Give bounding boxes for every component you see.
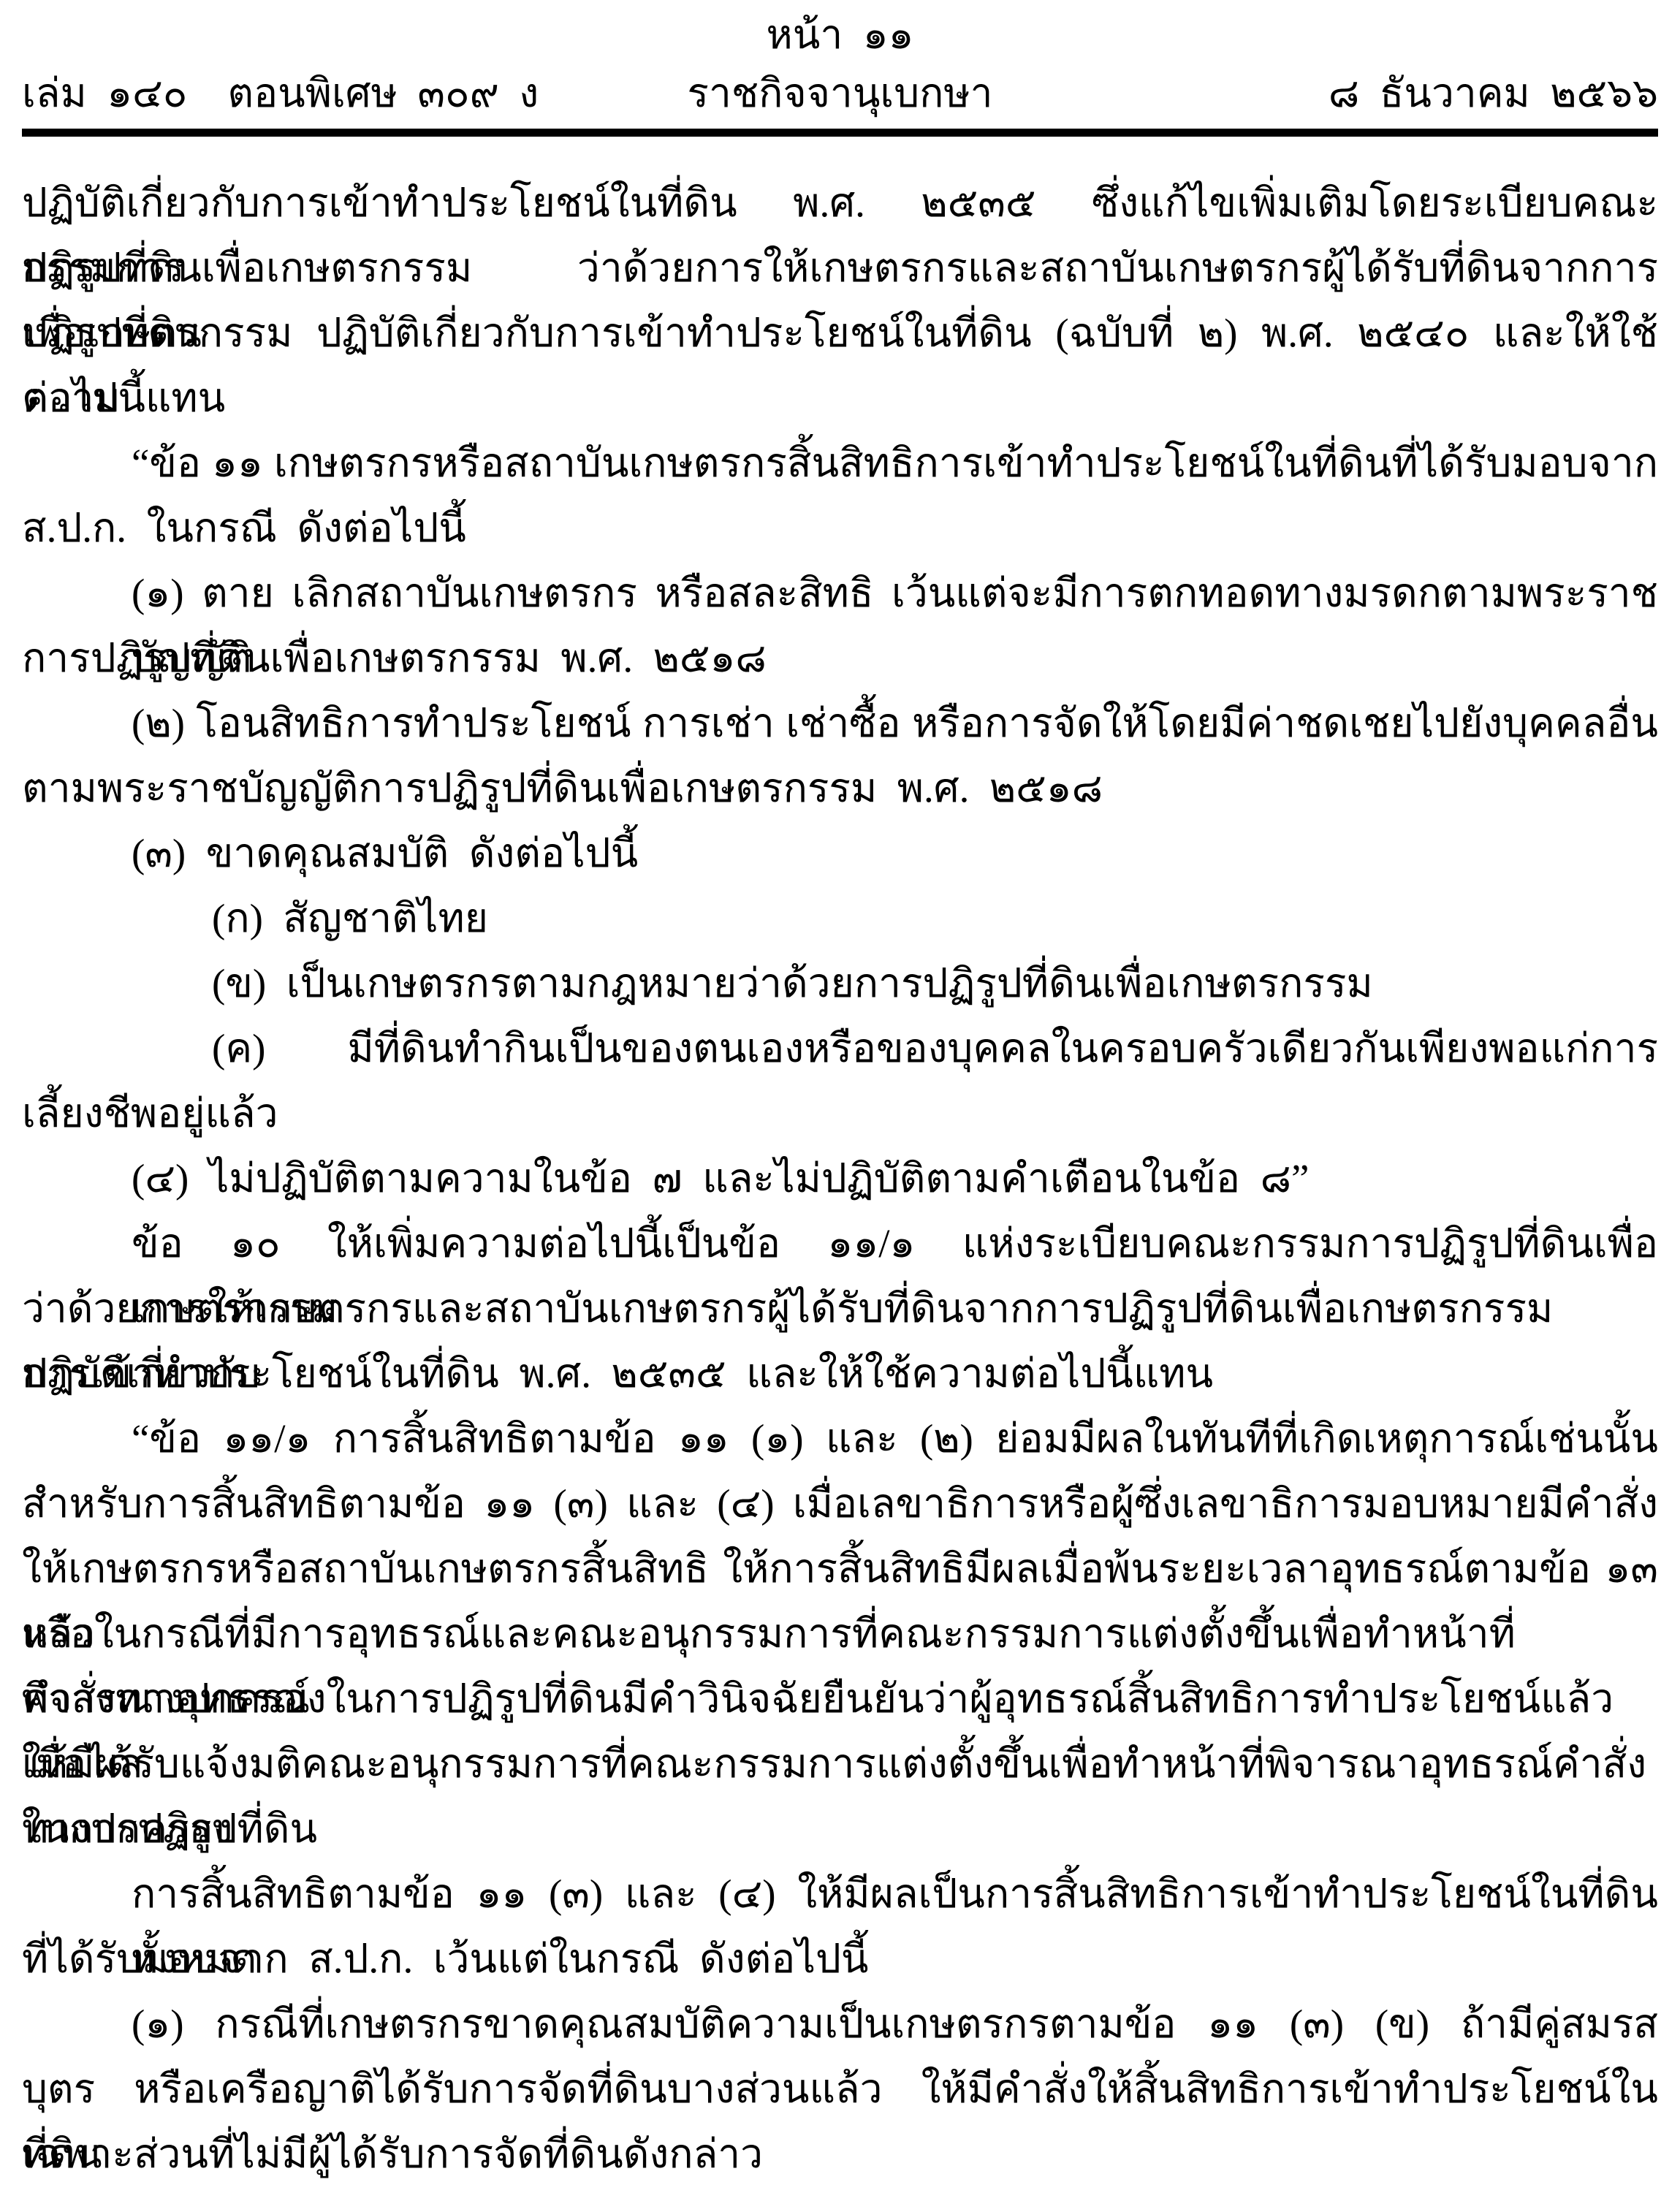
text-line: การสิ้นสิทธิตามข้อ ๑๑ (๓) และ (๔) ให้มีผ… bbox=[22, 1861, 1658, 1926]
gazette-title: ราชกิจจานุเบกษา bbox=[687, 64, 992, 123]
text-line: (๑) กรณีที่เกษตรกรขาดคุณสมบัติความเป็นเก… bbox=[22, 1991, 1658, 2056]
text-line: ต่อไปนี้แทน bbox=[22, 365, 1658, 430]
text-line: เฉพาะส่วนที่ไม่มีผู้ได้รับการจัดที่ดินดั… bbox=[22, 2121, 1658, 2186]
text-line: ส.ป.ก. ในกรณี ดังต่อไปนี้ bbox=[22, 495, 1658, 560]
text-line: ข้อ ๑๐ ให้เพิ่มความต่อไปนี้เป็นข้อ ๑๑/๑ … bbox=[22, 1211, 1658, 1276]
page-number: หน้า ๑๑ bbox=[22, 6, 1658, 64]
text-line: เพื่อเกษตรกรรม ปฏิบัติเกี่ยวกับการเข้าทำ… bbox=[22, 300, 1658, 365]
text-line: คำสั่งทางปกครองในการปฏิรูปที่ดินมีคำวินิ… bbox=[22, 1666, 1658, 1731]
text-line: (ก) สัญชาติไทย bbox=[22, 886, 1658, 951]
header-rule bbox=[22, 129, 1658, 137]
text-line: (ข) เป็นเกษตรกรตามกฎหมายว่าด้วยการปฏิรูป… bbox=[22, 951, 1658, 1016]
volume-issue-label: เล่ม ๑๔๐ ตอนพิเศษ ๓๐๙ ง bbox=[22, 64, 687, 123]
text-line: ว่าด้วยการให้เกษตรกรและสถาบันเกษตรกรผู้ไ… bbox=[22, 1276, 1658, 1341]
text-line: หรือในกรณีที่มีการอุทธรณ์และคณะอนุกรรมกา… bbox=[22, 1601, 1658, 1666]
text-line: ปฏิรูปที่ดินเพื่อเกษตรกรรม ว่าด้วยการให้… bbox=[22, 235, 1658, 300]
text-line: ในการปฏิรูปที่ดิน bbox=[22, 1796, 1658, 1861]
page-header: หน้า ๑๑ เล่ม ๑๔๐ ตอนพิเศษ ๓๐๙ ง ราชกิจจา… bbox=[22, 0, 1658, 137]
text-line: (๑) ตาย เลิกสถาบันเกษตรกร หรือสละสิทธิ เ… bbox=[22, 560, 1658, 626]
text-line: “ข้อ ๑๑ เกษตรกรหรือสถาบันเกษตรกรสิ้นสิทธ… bbox=[22, 430, 1658, 495]
text-line: การปฏิรูปที่ดินเพื่อเกษตรกรรม พ.ศ. ๒๕๑๘ bbox=[22, 626, 1658, 691]
text-line: (๔) ไม่ปฏิบัติตามความในข้อ ๗ และไม่ปฏิบั… bbox=[22, 1146, 1658, 1211]
gazette-page: หน้า ๑๑ เล่ม ๑๔๐ ตอนพิเศษ ๓๐๙ ง ราชกิจจา… bbox=[0, 0, 1680, 2212]
text-line: (ค) มีที่ดินทำกินเป็นของตนเองหรือของบุคค… bbox=[22, 1016, 1658, 1081]
header-masthead-row: เล่ม ๑๔๐ ตอนพิเศษ ๓๐๙ ง ราชกิจจานุเบกษา … bbox=[22, 64, 1658, 123]
text-line: “ข้อ ๑๑/๑ การสิ้นสิทธิตามข้อ ๑๑ (๑) และ … bbox=[22, 1406, 1658, 1471]
text-line: เมื่อได้รับแจ้งมติคณะอนุกรรมการที่คณะกรร… bbox=[22, 1731, 1658, 1796]
text-line: เลี้ยงชีพอยู่แล้ว bbox=[22, 1081, 1658, 1146]
text-line: ที่ได้รับมอบจาก ส.ป.ก. เว้นแต่ในกรณี ดัง… bbox=[22, 1926, 1658, 1991]
text-line: ให้เกษตรกรหรือสถาบันเกษตรกรสิ้นสิทธิ ให้… bbox=[22, 1536, 1658, 1601]
text-line: บุตร หรือเครือญาติได้รับการจัดที่ดินบางส… bbox=[22, 2056, 1658, 2121]
document-body: ปฏิบัติเกี่ยวกับการเข้าทำประโยชน์ในที่ดิ… bbox=[22, 170, 1658, 2186]
publication-date: ๘ ธันวาคม ๒๕๖๖ bbox=[993, 64, 1658, 123]
text-line: (๒) โอนสิทธิการทำประโยชน์ การเช่า เช่าซื… bbox=[22, 691, 1658, 756]
text-line: ปฏิบัติเกี่ยวกับการเข้าทำประโยชน์ในที่ดิ… bbox=[22, 170, 1658, 235]
text-line: การเข้าทำประโยชน์ในที่ดิน พ.ศ. ๒๕๓๕ และใ… bbox=[22, 1341, 1658, 1406]
text-line: (๓) ขาดคุณสมบัติ ดังต่อไปนี้ bbox=[22, 821, 1658, 886]
text-line: ตามพระราชบัญญัติการปฏิรูปที่ดินเพื่อเกษต… bbox=[22, 756, 1658, 821]
text-line: สำหรับการสิ้นสิทธิตามข้อ ๑๑ (๓) และ (๔) … bbox=[22, 1471, 1658, 1536]
